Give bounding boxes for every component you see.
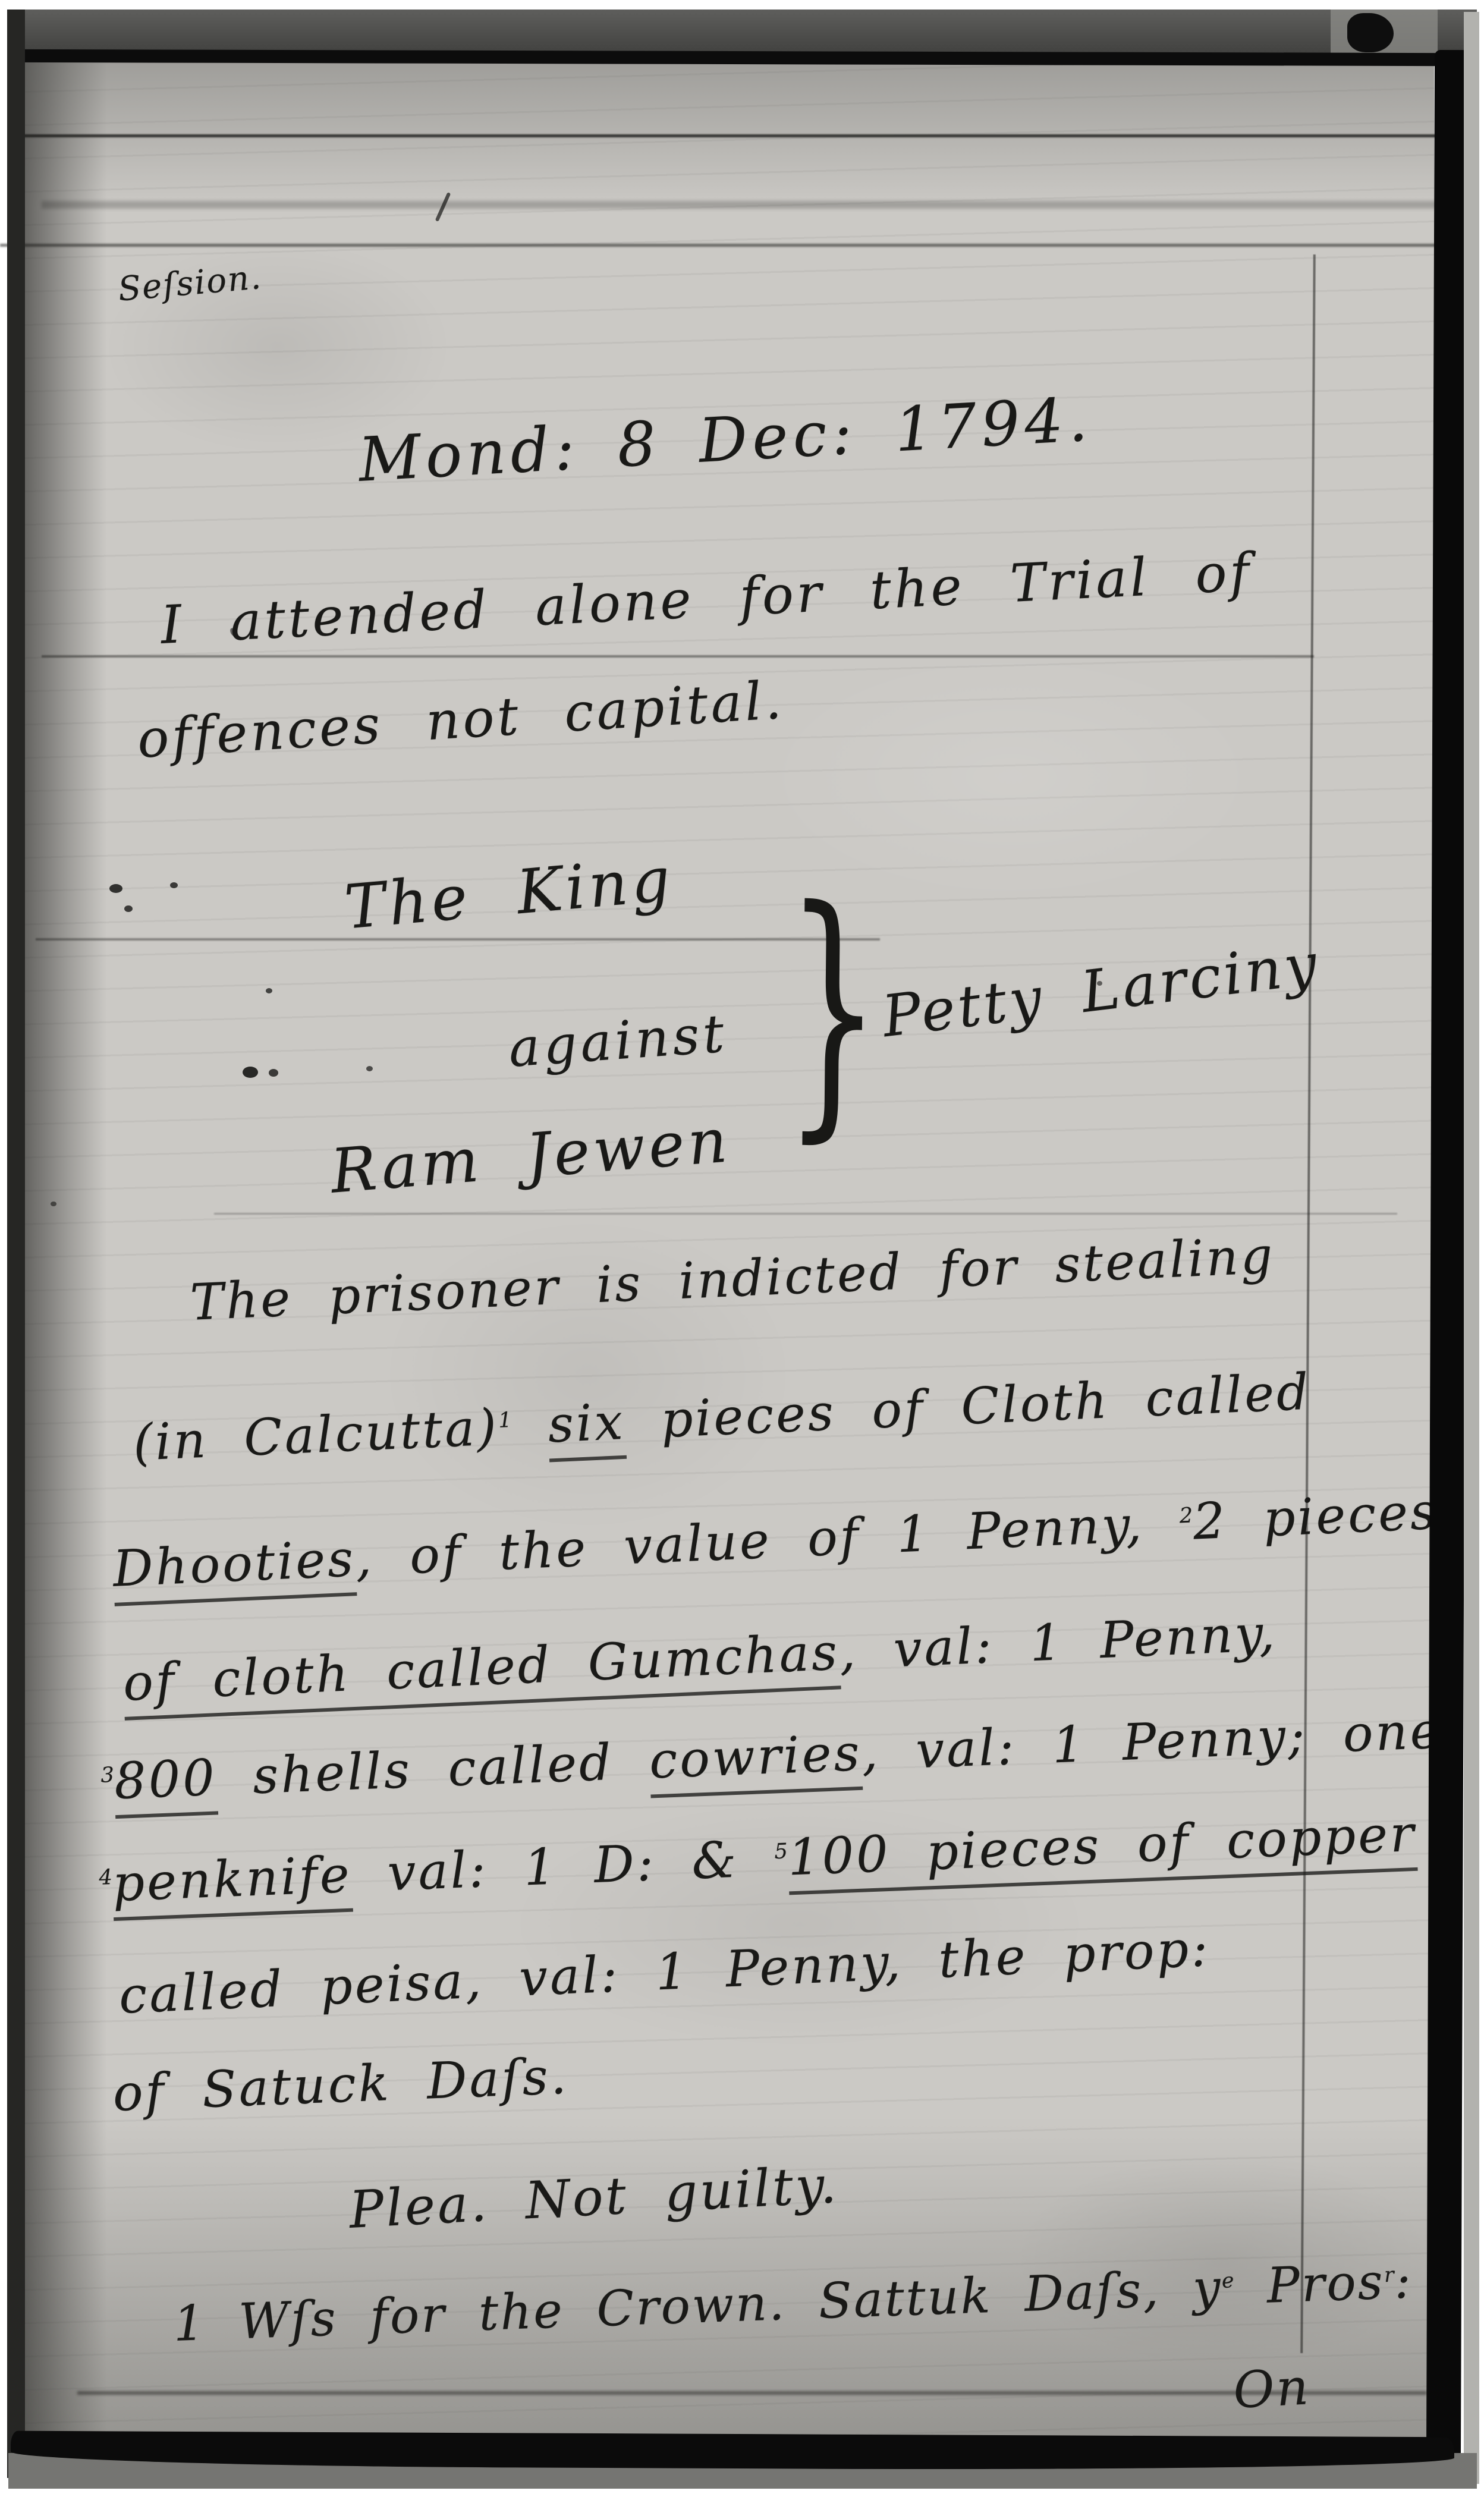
text-segment: 3 [100, 1763, 115, 1788]
text-segment: cowries [648, 1724, 863, 1798]
text-segment: 2 [1179, 1503, 1193, 1528]
left-shadow-overlay [24, 59, 107, 2451]
ink-speck [266, 988, 272, 993]
text-segment: Dhooties [112, 1529, 357, 1606]
ink-speck [366, 1066, 373, 1071]
text-segment [511, 1396, 549, 1456]
ink-speck [243, 1067, 258, 1078]
ruled-line [36, 938, 880, 941]
catchword: On [1232, 2357, 1312, 2420]
left-spine-edge [7, 10, 25, 2478]
text-segment: 5 [774, 1839, 788, 1864]
ink-speck [109, 884, 122, 893]
top-edge-blob [1347, 13, 1394, 52]
ruled-line [214, 1213, 1397, 1215]
ruled-line [18, 134, 1450, 137]
ruled-line [42, 655, 1314, 658]
ink-speck [269, 1069, 278, 1077]
text-segment: 800 [113, 1748, 218, 1819]
case-brace: } [784, 875, 883, 1146]
text-segment: e [1221, 2269, 1234, 2293]
text-segment: six [547, 1392, 627, 1463]
ruled-line [77, 2391, 1427, 2395]
ink-speck [170, 882, 178, 888]
text-segment: r [1384, 2263, 1394, 2288]
text-segment: 1 [498, 1408, 512, 1433]
ruled-line [0, 244, 1469, 247]
ruled-line [42, 201, 1445, 209]
text-segment: 4 [99, 1865, 113, 1890]
ink-speck [51, 1202, 56, 1206]
text-segment: 2 pieces [1192, 1482, 1439, 1551]
text-segment: penknife [111, 1845, 353, 1921]
manuscript-photo: Seſsion. Mond: 8 Dec: 1794. I attended a… [0, 0, 1484, 2497]
ink-speck [124, 905, 133, 912]
text-segment: Pros [1233, 2254, 1385, 2316]
text-segment: : [1393, 2253, 1413, 2310]
right-page-strip [1464, 12, 1479, 2484]
top-shadow-overlay [24, 59, 1434, 208]
